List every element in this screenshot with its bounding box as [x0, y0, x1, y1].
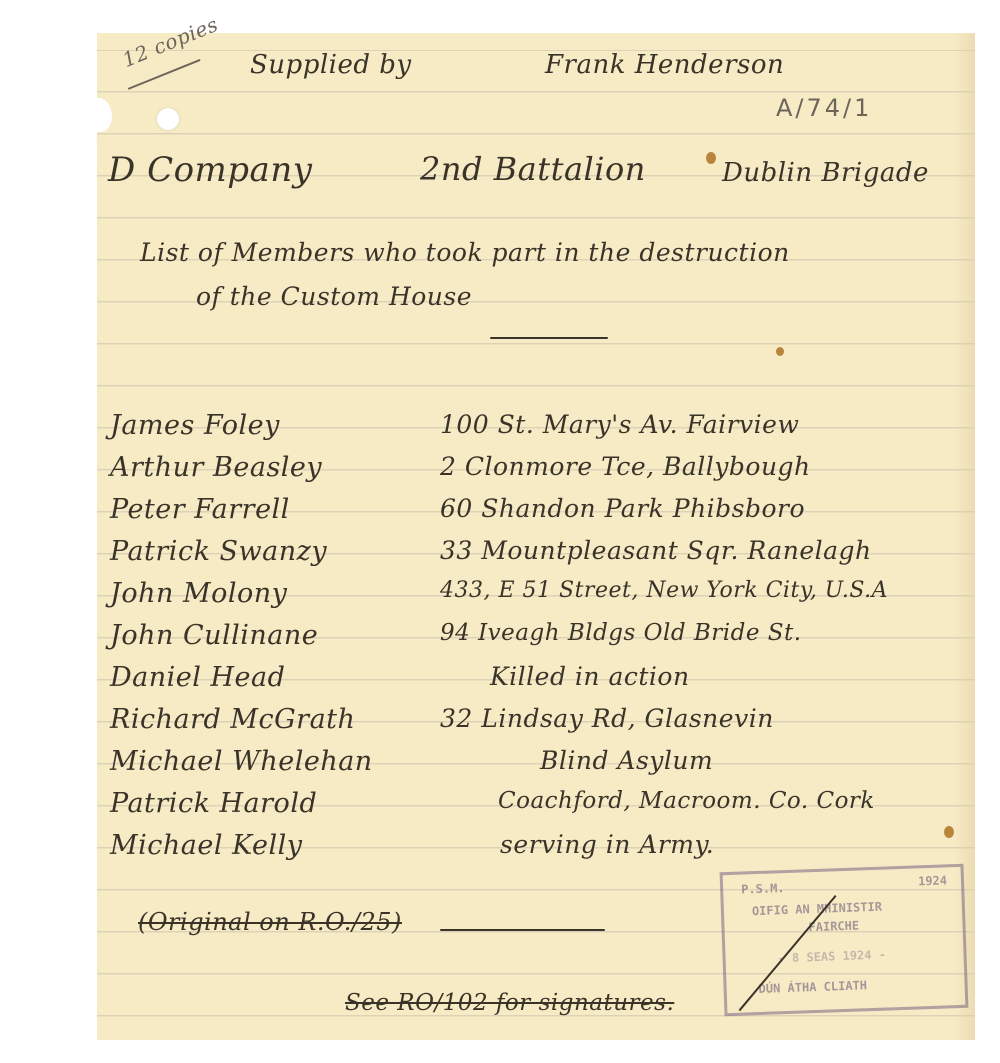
member-name: Arthur Beasley — [110, 452, 322, 483]
member-row: John Molony 433, E 51 Street, New York C… — [0, 578, 1000, 620]
member-address: 2 Clonmore Tce, Ballybough — [440, 452, 811, 481]
member-name: Richard McGrath — [110, 704, 355, 735]
member-name: Michael Kelly — [110, 830, 303, 861]
member-address: 60 Shandon Park Phibsboro — [440, 494, 805, 523]
member-row: Peter Farrell 60 Shandon Park Phibsboro — [0, 494, 1000, 536]
struck-see-note: See RO/102 for signatures. — [345, 990, 674, 1016]
stamp-code: P.S.M. — [741, 881, 785, 897]
member-name: Peter Farrell — [110, 494, 290, 525]
member-name: Daniel Head — [110, 662, 285, 693]
member-address: 32 Lindsay Rd, Glasnevin — [440, 704, 774, 733]
member-row: James Foley 100 St. Mary's Av. Fairview — [0, 410, 1000, 452]
strike-extension — [440, 929, 605, 931]
member-row: Richard McGrath 32 Lindsay Rd, Glasnevin — [0, 704, 1000, 746]
member-name: James Foley — [110, 410, 280, 441]
member-address: Blind Asylum — [540, 746, 713, 775]
stamp-date: - 8 SEAS 1924 - — [777, 948, 886, 966]
stamp-location: DÚN ÁTHA CLIATH — [758, 978, 867, 996]
member-address: 94 Iveagh Bldgs Old Bride St. — [440, 620, 802, 646]
member-address: 33 Mountpleasant Sqr. Ranelagh — [440, 536, 872, 565]
official-stamp: P.S.M. 1924 OIFIG AN MHINISTIR FAIRCHE -… — [720, 864, 969, 1016]
member-address: serving in Army. — [500, 830, 714, 859]
member-address: 100 St. Mary's Av. Fairview — [440, 410, 799, 439]
member-row: Michael Whelehan Blind Asylum — [0, 746, 1000, 788]
member-name: Patrick Swanzy — [110, 536, 327, 567]
member-address: Coachford, Macroom. Co. Cork — [498, 788, 875, 814]
member-row: Michael Kelly serving in Army. — [0, 830, 1000, 872]
member-row: Patrick Harold Coachford, Macroom. Co. C… — [0, 788, 1000, 830]
member-row: John Cullinane 94 Iveagh Bldgs Old Bride… — [0, 620, 1000, 662]
member-name: Patrick Harold — [110, 788, 317, 819]
member-address: Killed in action — [490, 662, 690, 691]
member-name: John Cullinane — [110, 620, 318, 651]
member-address: 433, E 51 Street, New York City, U.S.A — [440, 578, 888, 603]
struck-original-note: (Original on R.O./25) — [138, 908, 402, 936]
member-row: Patrick Swanzy 33 Mountpleasant Sqr. Ran… — [0, 536, 1000, 578]
stamp-year: 1924 — [918, 873, 947, 888]
member-name: Michael Whelehan — [110, 746, 373, 777]
member-name: John Molony — [110, 578, 287, 609]
member-row: Arthur Beasley 2 Clonmore Tce, Ballyboug… — [0, 452, 1000, 494]
member-row: Daniel Head Killed in action — [0, 662, 1000, 704]
